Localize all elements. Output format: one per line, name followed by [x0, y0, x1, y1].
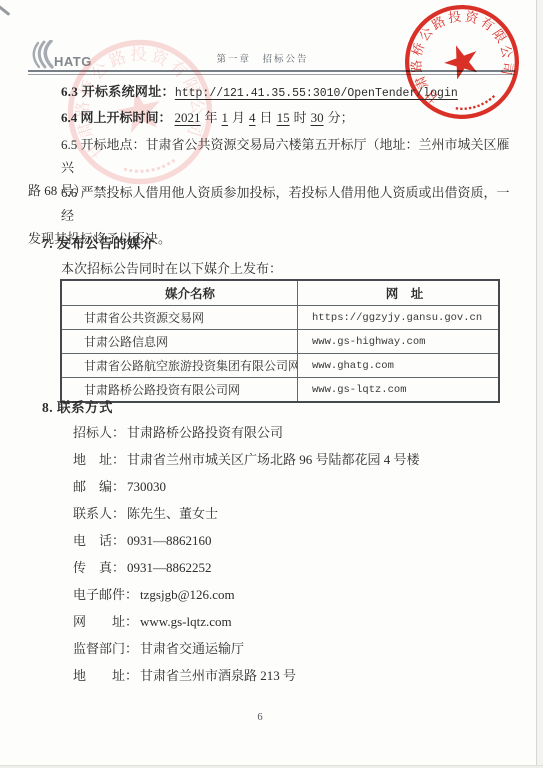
media-table: 媒介名称 网 址 甘肃省公共资源交易网 https://ggzyjy.gansu… [60, 279, 500, 403]
table-row: 甘肃省公共资源交易网 https://ggzyjy.gansu.gov.cn [61, 306, 499, 330]
contact-label: 联系人： [73, 506, 125, 521]
contact-label: 邮 编： [73, 479, 125, 494]
section-8-heading: 8. 联系方式 [42, 396, 531, 419]
contact-person: 联系人：陈先生、董女士 [73, 503, 513, 522]
document-page: HATG 第一章 招标公告 甘肃路桥公路投资有限公司 ★ ▪▪▪▪▪▪▪▪▪▪▪… [0, 0, 543, 768]
page-edge-shadow-right [536, 0, 543, 768]
day-unit: 日 [260, 110, 273, 125]
contact-fax: 传 真：0931—8862252 [73, 557, 513, 576]
media-name: 甘肃省公共资源交易网 [61, 306, 298, 330]
media-url: www.ghatg.com [298, 354, 500, 378]
open-day: 4 [246, 110, 259, 125]
paragraph-6-3: 6.3 开标系统网址：http://121.41.35.55:3010/Open… [28, 80, 543, 105]
contact-label: 监督部门： [73, 641, 138, 656]
table-row: 甘肃公路信息网 www.gs-highway.com [61, 330, 499, 354]
hour-unit: 时 [294, 110, 307, 125]
contact-supervisor-address: 地 址：甘肃省兰州市酒泉路 213 号 [73, 665, 513, 684]
contact-label: 电子邮件： [73, 587, 138, 602]
media-url: www.gs-highway.com [298, 330, 500, 354]
contact-phone: 电 话：0931—8862160 [73, 530, 513, 549]
minute-unit: 分； [328, 110, 354, 125]
year-unit: 年 [205, 110, 218, 125]
p66-line1: 6.6 严禁投标人借用他人资质参加投标，若投标人借用他人资质或出借资质，一经 [28, 181, 517, 227]
contact-bidder: 招标人：甘肃路桥公路投资有限公司 [73, 422, 513, 441]
contact-value: tzgsjgb@126.com [140, 587, 235, 602]
open-tender-url-link[interactable]: http://121.41.35.55:3010/OpenTender/logi… [175, 87, 458, 100]
media-url-header: 网 址 [298, 280, 500, 306]
media-table-header-row: 媒介名称 网 址 [61, 280, 499, 306]
media-name-header: 媒介名称 [61, 280, 298, 306]
open-month: 1 [219, 110, 232, 125]
contact-value: 甘肃省交通运输厅 [140, 641, 244, 656]
table-row: 甘肃省公路航空旅游投资集团有限公司网 www.ghatg.com [61, 354, 499, 378]
media-intro-text: 本次招标公告同时在以下媒介上发布： [61, 257, 543, 280]
open-minute: 30 [308, 110, 327, 125]
contact-label: 电 话： [73, 533, 125, 548]
paragraph-6-4: 6.4 网上开标时间：2021年1月4日15时30分； [28, 106, 543, 129]
contact-value: 甘肃省兰州市酒泉路 213 号 [140, 668, 296, 683]
contact-value: 甘肃省兰州市城关区广场北路 96 号陆都花园 4 号楼 [127, 452, 420, 467]
open-system-label: 6.3 开标系统网址： [61, 84, 175, 99]
contact-postcode: 邮 编：730030 [73, 476, 513, 495]
contact-value: 0931—8862160 [127, 533, 212, 548]
contact-label: 网 址： [73, 614, 138, 629]
media-name: 甘肃公路信息网 [61, 330, 298, 354]
contact-label: 招标人： [73, 425, 125, 440]
header-chapter-title: 第一章 招标公告 [0, 51, 525, 65]
contact-label: 地 址： [73, 668, 138, 683]
page-number: 6 [0, 712, 520, 723]
contact-label: 传 真： [73, 560, 125, 575]
open-hour: 15 [274, 110, 293, 125]
open-time-label: 6.4 网上开标时间： [61, 110, 172, 125]
contact-value: 730030 [127, 479, 166, 494]
media-url: https://ggzyjy.gansu.gov.cn [298, 306, 500, 330]
open-year: 2021 [172, 110, 204, 125]
contact-label: 地 址： [73, 452, 125, 467]
contact-address: 地 址：甘肃省兰州市城关区广场北路 96 号陆都花园 4 号楼 [73, 449, 513, 468]
scan-corner-artifact [0, 5, 10, 16]
media-name: 甘肃省公路航空旅游投资集团有限公司网 [61, 354, 298, 378]
p65-line1: 6.5 开标地点：甘肃省公共资源交易局六楼第五开标厅（地址：兰州市城关区雁兴 [28, 133, 517, 179]
contact-value: 甘肃路桥公路投资有限公司 [127, 425, 283, 440]
section-7-heading: 7. 发布公告的媒介 [42, 232, 531, 255]
contact-value: 0931—8862252 [127, 560, 212, 575]
contact-email: 电子邮件：tzgsjgb@126.com [73, 584, 513, 603]
contact-supervisor: 监督部门：甘肃省交通运输厅 [73, 638, 513, 657]
contact-website: 网 址：www.gs-lqtz.com [73, 611, 513, 630]
header-rule [28, 70, 515, 75]
contact-value: www.gs-lqtz.com [140, 614, 232, 629]
month-unit: 月 [232, 110, 245, 125]
contact-value: 陈先生、董女士 [127, 506, 218, 521]
